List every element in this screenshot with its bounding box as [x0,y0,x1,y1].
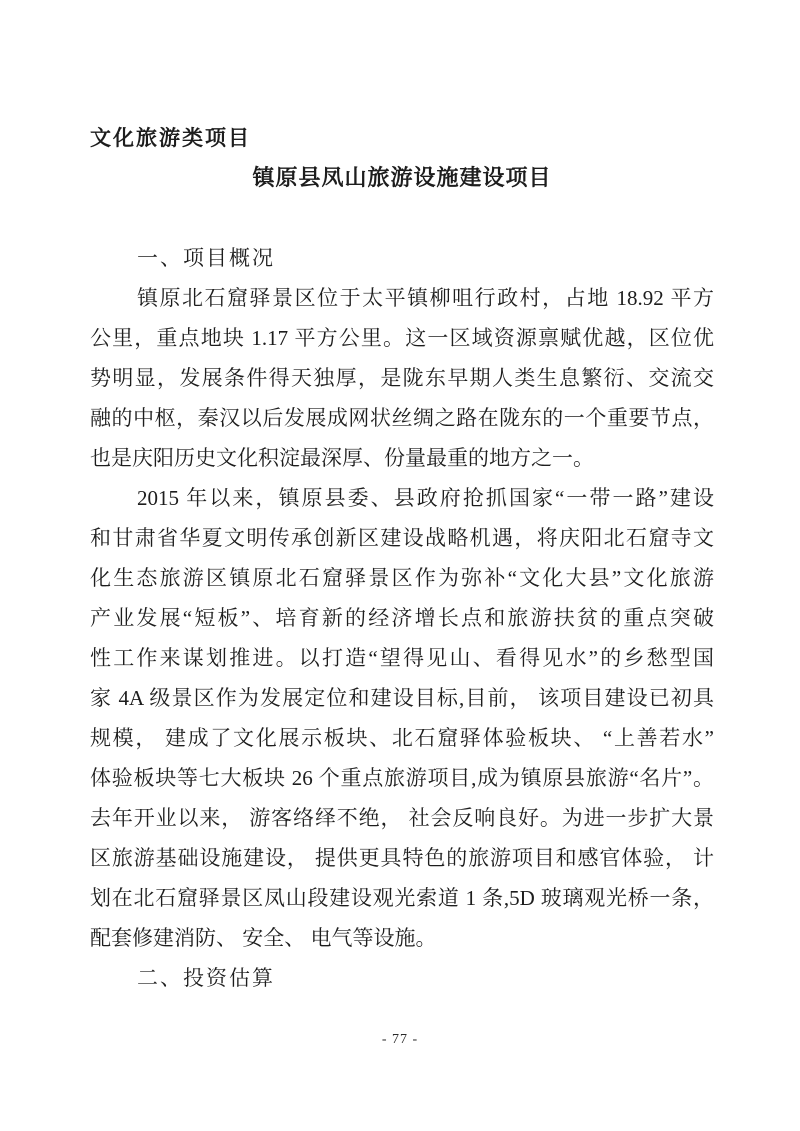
section-heading-1: 一、项目概况 [90,238,714,278]
page-number: - 77 - [0,1030,800,1050]
paragraph-line: 区旅游基础设施建设， 提供更具特色的旅游项目和感官体验， 计 [90,838,714,878]
paragraph-line: 产业发展“短板”、培育新的经济增长点和旅游扶贫的重点突破 [90,598,714,638]
paragraph-line: 公里，重点地块 1.17 平方公里。这一区域资源禀赋优越，区位优 [90,318,714,358]
paragraph-line: 2015 年以来，镇原县委、县政府抢抓国家“一带一路”建设 [90,478,714,518]
paragraph-line: 融的中枢，秦汉以后发展成网状丝绸之路在陇东的一个重要节点， [90,398,714,438]
paragraph-line: 规模， 建成了文化展示板块、北石窟驿体验板块、 “上善若水” [90,718,714,758]
paragraph-line: 也是庆阳历史文化积淀最深厚、份量最重的地方之一。 [90,438,714,478]
paragraph-line: 去年开业以来， 游客络绎不绝， 社会反响良好。为进一步扩大景 [90,798,714,838]
paragraph-line: 体验板块等七大板块 26 个重点旅游项目,成为镇原县旅游“名片”。 [90,758,714,798]
paragraph-line: 配套修建消防、 安全、 电气等设施。 [90,918,714,958]
document-page: 文化旅游类项目 镇原县凤山旅游设施建设项目 一、项目概况镇原北石窟驿景区位于太平… [0,0,800,1131]
section-heading-4: 二、投资估算 [90,958,714,998]
document-content: 文化旅游类项目 镇原县凤山旅游设施建设项目 一、项目概况镇原北石窟驿景区位于太平… [90,118,714,998]
paragraph-line: 势明显，发展条件得天独厚，是陇东早期人类生息繁衍、交流交 [90,358,714,398]
paragraph-line: 性工作来谋划推进。以打造“望得见山、看得见水”的乡愁型国 [90,638,714,678]
document-title: 镇原县凤山旅游设施建设项目 [90,158,714,198]
paragraph-line: 和甘肃省华夏文明传承创新区建设战略机遇，将庆阳北石窟寺文 [90,518,714,558]
paragraph-line: 化生态旅游区镇原北石窟驿景区作为弥补“文化大县”文化旅游 [90,558,714,598]
document-body: 一、项目概况镇原北石窟驿景区位于太平镇柳咀行政村，占地 18.92 平方公里，重… [90,238,714,998]
paragraph-line: 划在北石窟驿景区凤山段建设观光索道 1 条,5D 玻璃观光桥一条， [90,878,714,918]
paragraph-line: 家 4A 级景区作为发展定位和建设目标,目前， 该项目建设已初具 [90,678,714,718]
paragraph-line: 镇原北石窟驿景区位于太平镇柳咀行政村，占地 18.92 平方 [90,278,714,318]
blank-line [90,198,714,238]
category-heading: 文化旅游类项目 [90,118,714,158]
